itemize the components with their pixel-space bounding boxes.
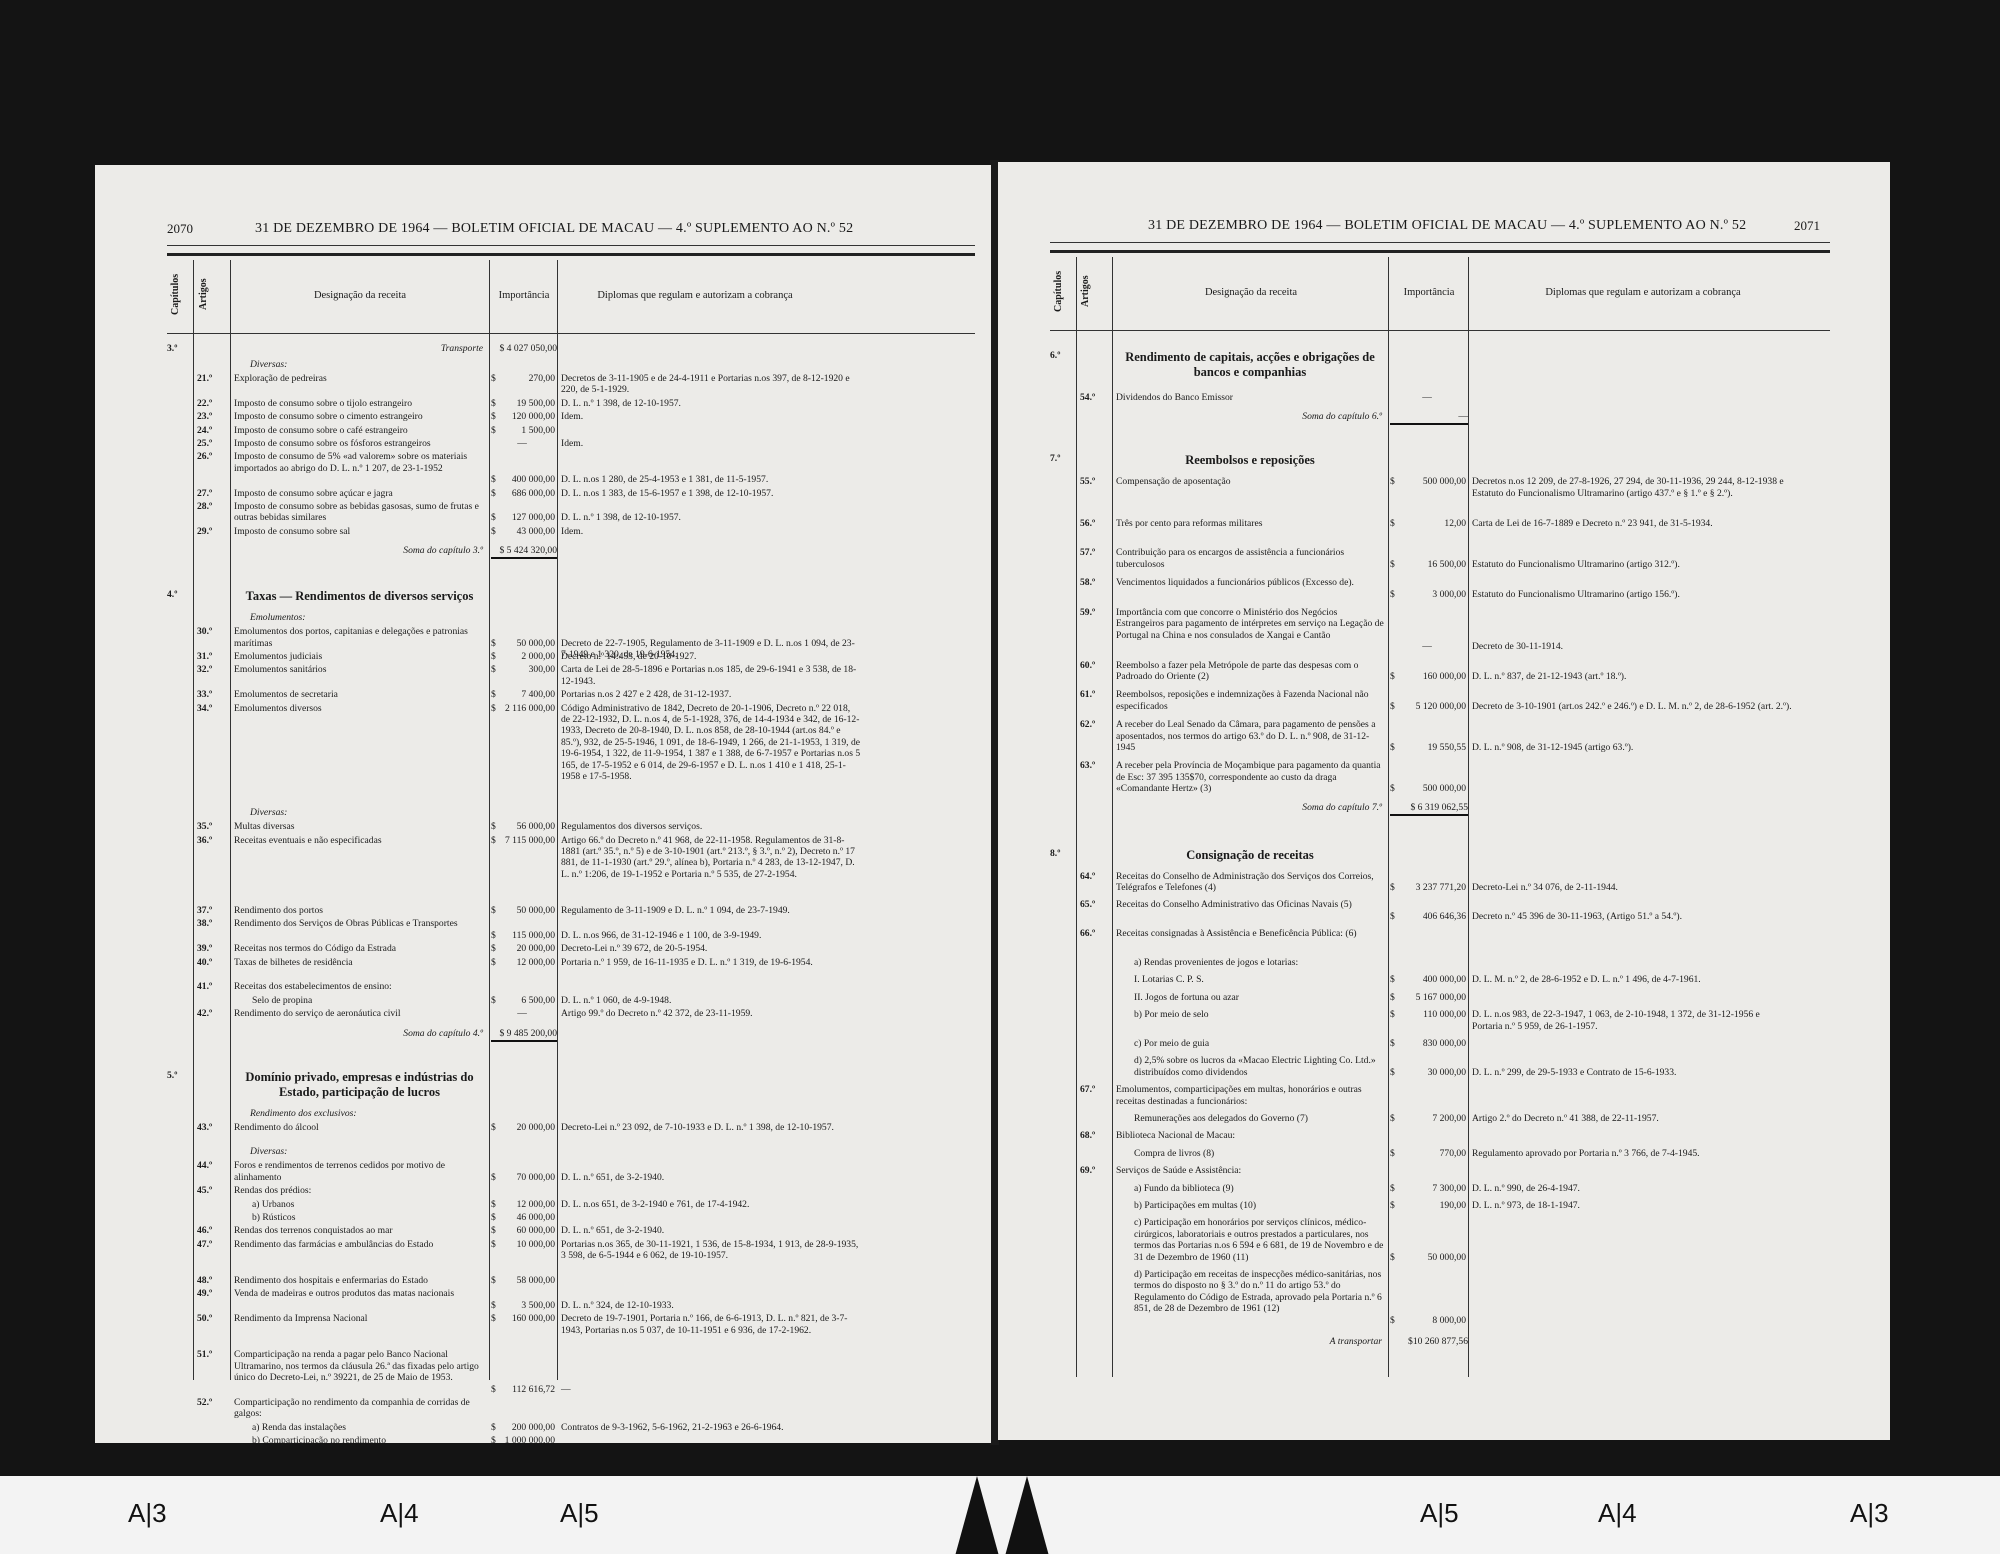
amount: 2 000,00: [489, 651, 555, 662]
amount: —: [489, 438, 555, 449]
chapter-sum-value: $ 5 424 320,00: [489, 545, 557, 556]
revenue-description: d) Participação em receitas de inspecçõe…: [1134, 1269, 1384, 1315]
revenue-description: Receitas eventuais e não especificadas: [234, 835, 485, 846]
revenue-description: Receitas nos termos do Código da Estrada: [234, 943, 485, 954]
amount: 686 000,00: [489, 488, 555, 499]
article-number: 39.º: [197, 943, 212, 954]
column-header-designacao: Designação da receita: [235, 290, 485, 301]
legal-reference: Portarias n.os 2 427 e 2 428, de 31-12-1…: [561, 689, 861, 700]
chapter-number: 4.º: [167, 589, 177, 600]
amount: 270,00: [489, 373, 555, 384]
amount: 7 115 000,00: [489, 835, 555, 846]
subheading: Diversas:: [250, 1146, 287, 1157]
legal-reference: D. L. n.os 1 383, de 15-6-1957 e 1 398, …: [561, 488, 861, 499]
chapter-sum-label: Soma do capítulo 4.º: [230, 1028, 483, 1039]
revenue-description: b) Por meio de selo: [1134, 1009, 1384, 1020]
legal-reference: Portarias n.os 365, de 30-11-1921, 1 536…: [561, 1239, 861, 1262]
legal-reference: Decreto-Lei n.º 34 076, de 2-11-1944.: [1472, 882, 1792, 893]
section-title: Domínio privado, empresas e indústrias d…: [230, 1070, 489, 1100]
revenue-description: a) Renda das instalações: [252, 1422, 485, 1433]
revenue-description: c) Participação em honorários por serviç…: [1134, 1217, 1384, 1263]
amount: 8 000,00: [1388, 1315, 1466, 1326]
legal-reference: D. L. M. n.º 2, de 28-6-1952 e D. L. n.º…: [1472, 974, 1792, 985]
article-number: 35.º: [197, 821, 212, 832]
revenue-description: b) Rústicos: [252, 1212, 485, 1223]
article-number: 55.º: [1080, 476, 1095, 487]
article-number: 49.º: [197, 1288, 212, 1299]
article-number: 29.º: [197, 526, 212, 537]
legal-reference: D. L. n.os 966, de 31-12-1946 e 1 100, d…: [561, 930, 861, 941]
article-number: 36.º: [197, 835, 212, 846]
article-number: 28.º: [197, 501, 212, 512]
revenue-description: Contribuição para os encargos de assistê…: [1116, 547, 1384, 570]
legal-reference: D. L. n.º 837, de 21-12-1943 (art.º 18.º…: [1472, 671, 1792, 682]
revenue-description: Imposto de consumo sobre o café estrange…: [234, 425, 485, 436]
revenue-description: Reembolsos, reposições e indemnizações à…: [1116, 689, 1384, 712]
revenue-description: Imposto de consumo sobre o cimento estra…: [234, 411, 485, 422]
article-number: 42.º: [197, 1008, 212, 1019]
legal-reference: Decretos n.os 12 209, de 27-8-1926, 27 2…: [1472, 476, 1792, 499]
revenue-description: Imposto de consumo sobre os fósforos est…: [234, 438, 485, 449]
amount: 406 646,36: [1388, 911, 1466, 922]
article-number: 41.º: [197, 981, 212, 992]
film-strip-markers: A|3 A|4 A|5 A|5 A|4 A|3: [0, 1476, 2000, 1554]
column-header-importancia: Importância: [1390, 287, 1468, 298]
revenue-description: Rendimento das farmácias e ambulâncias d…: [234, 1239, 485, 1250]
page-number: 2071: [1794, 218, 1820, 234]
article-number: 65.º: [1080, 899, 1095, 910]
legal-reference: D. L. n.º 1 398, de 12-10-1957.: [561, 398, 861, 409]
section-title: Taxas — Rendimentos de diversos serviços: [230, 589, 489, 604]
divider: [167, 253, 975, 256]
article-number: 63.º: [1080, 760, 1095, 771]
divider: [1050, 330, 1830, 331]
amount: 300,00: [489, 664, 555, 675]
amount: 500 000,00: [1388, 783, 1466, 794]
amount: 112 616,72: [489, 1384, 555, 1395]
revenue-description: A receber do Leal Senado da Câmara, para…: [1116, 719, 1384, 753]
revenue-description: Comparticipação na renda a pagar pelo Ba…: [234, 1349, 485, 1383]
legal-reference: Decreto n.º 14:453, de 20-10-1927.: [561, 651, 861, 662]
legal-reference: Decreto n.º 45 396 de 30-11-1963, (Artig…: [1472, 911, 1792, 922]
chapter-sum-value: —: [1388, 411, 1468, 422]
revenue-description: Selo de propina: [252, 995, 485, 1006]
article-number: 34.º: [197, 703, 212, 714]
amount: 190,00: [1388, 1200, 1466, 1211]
article-number: 31.º: [197, 651, 212, 662]
revenue-description: Exploração de pedreiras: [234, 373, 485, 384]
revenue-description: Imposto de consumo sobre o tijolo estran…: [234, 398, 485, 409]
amount: 1 000 000,00: [489, 1435, 555, 1443]
revenue-description: Imposto de consumo sobre açúcar e jagra: [234, 488, 485, 499]
revenue-description: Imposto de consumo sobre sal: [234, 526, 485, 537]
revenue-description: d) 2,5% sobre os lucros da «Macao Electr…: [1134, 1055, 1384, 1078]
amount: 60 000,00: [489, 1225, 555, 1236]
column-header-diplomas: Diplomas que regulam e autorizam a cobra…: [1473, 287, 1813, 298]
legal-reference: Artigo 2.º do Decreto n.º 41 388, de 22-…: [1472, 1113, 1792, 1124]
revenue-description: II. Jogos de fortuna ou azar: [1134, 992, 1384, 1003]
amount: 830 000,00: [1388, 1038, 1466, 1049]
article-number: 43.º: [197, 1122, 212, 1133]
revenue-description: Dividendos do Banco Emissor: [1116, 392, 1384, 403]
revenue-description: Comparticipação no rendimento da companh…: [234, 1397, 485, 1420]
amount: 43 000,00: [489, 526, 555, 537]
legal-reference: Portaria n.º 1 959, de 16-11-1935 e D. L…: [561, 957, 861, 968]
amount: 3 237 771,20: [1388, 882, 1466, 893]
chapter-number: 3.º: [167, 343, 177, 354]
article-number: 61.º: [1080, 689, 1095, 700]
film-marker: A|3: [128, 1498, 167, 1529]
right-page: 31 DE DEZEMBRO DE 1964 — BOLETIM OFICIAL…: [998, 162, 1890, 1440]
amount: 20 000,00: [489, 943, 555, 954]
legal-reference: Artigo 99.º do Decreto n.º 42 372, de 23…: [561, 1008, 861, 1019]
chapter-number: 7.º: [1050, 453, 1060, 464]
revenue-description: b) Participações em multas (10): [1134, 1200, 1384, 1211]
divider: [167, 245, 975, 246]
legal-reference: D. L. n.º 1 060, de 4-9-1948.: [561, 995, 861, 1006]
amount: 3 500,00: [489, 1300, 555, 1311]
revenue-description: Emolumentos judiciais: [234, 651, 485, 662]
amount: 3 000,00: [1388, 589, 1466, 600]
amount: 46 000,00: [489, 1212, 555, 1223]
amount: 19 550,55: [1388, 742, 1466, 753]
double-underline: [1390, 814, 1468, 816]
revenue-description: Taxas de bilhetes de residência: [234, 957, 485, 968]
amount: 127 000,00: [489, 512, 555, 523]
double-underline: [491, 1040, 557, 1042]
chapter-sum-label: Soma do capítulo 6.º: [1112, 411, 1382, 422]
revenue-description: a) Rendas provenientes de jogos e lotari…: [1134, 957, 1384, 968]
chapter-number: 8.º: [1050, 848, 1060, 859]
legal-reference: —: [561, 1384, 861, 1395]
amount: 7 400,00: [489, 689, 555, 700]
amount: 20 000,00: [489, 1122, 555, 1133]
subheading: Diversas:: [250, 807, 287, 818]
revenue-description: Rendimento dos hospitais e enfermarias d…: [234, 1275, 485, 1286]
revenue-description: I. Lotarias C. P. S.: [1134, 974, 1384, 985]
amount: 30 000,00: [1388, 1067, 1466, 1078]
revenue-description: Receitas consignadas à Assistência e Ben…: [1116, 928, 1384, 939]
column-header-importancia: Importância: [491, 290, 557, 301]
legal-reference: Carta de Lei de 16-7-1889 e Decreto n.º …: [1472, 518, 1792, 529]
revenue-description: Receitas dos estabelecimentos de ensino:: [234, 981, 485, 992]
legal-reference: Regulamentos dos diversos serviços.: [561, 821, 861, 832]
legal-reference: D. L. n.º 908, de 31-12-1945 (artigo 63.…: [1472, 742, 1792, 753]
revenue-description: Compensação de aposentação: [1116, 476, 1384, 487]
amount: 7 200,00: [1388, 1113, 1466, 1124]
legal-reference: D. L. n.º 651, de 3-2-1940.: [561, 1225, 861, 1236]
article-number: 58.º: [1080, 577, 1095, 588]
revenue-description: Remunerações aos delegados do Governo (7…: [1134, 1113, 1384, 1124]
chapter-sum-value: $ 9 485 200,00: [489, 1028, 557, 1039]
amount: 400 000,00: [1388, 974, 1466, 985]
article-number: 69.º: [1080, 1165, 1095, 1176]
legal-reference: Artigo 66.º do Decreto n.º 41 968, de 22…: [561, 835, 861, 881]
amount: 16 500,00: [1388, 559, 1466, 570]
revenue-description: Foros e rendimentos de terrenos cedidos …: [234, 1160, 485, 1183]
revenue-table-left: 3.ºTransporte$ 4 027 050,00Diversas:21.º…: [167, 337, 975, 1437]
running-head: 31 DE DEZEMBRO DE 1964 — BOLETIM OFICIAL…: [1148, 218, 1746, 234]
legal-reference: Decreto-Lei n.º 23 092, de 7-10-1933 e D…: [561, 1122, 861, 1133]
film-marker: A|5: [1420, 1498, 1459, 1529]
revenue-description: A receber pela Província de Moçambique p…: [1116, 760, 1384, 794]
amount: 12,00: [1388, 518, 1466, 529]
article-number: 45.º: [197, 1185, 212, 1196]
column-header-diplomas: Diplomas que regulam e autorizam a cobra…: [560, 290, 830, 301]
article-number: 30.º: [197, 626, 212, 637]
column-header-designacao: Designação da receita: [1116, 287, 1386, 298]
amount: 1 500,00: [489, 425, 555, 436]
amount: 5 167 000,00: [1388, 992, 1466, 1003]
article-number: 47.º: [197, 1239, 212, 1250]
revenue-description: Emolumentos diversos: [234, 703, 485, 714]
revenue-description: Reembolso a fazer pela Metrópole de part…: [1116, 660, 1384, 683]
amount: 56 000,00: [489, 821, 555, 832]
column-header-capitulos: Capítulos: [1053, 271, 1064, 312]
amount: 70 000,00: [489, 1172, 555, 1183]
chapter-number: 5.º: [167, 1070, 177, 1081]
article-number: 22.º: [197, 398, 212, 409]
amount: 500 000,00: [1388, 476, 1466, 487]
chapter-sum-value: $ 6 319 062,55: [1388, 802, 1468, 813]
fold-mark: [955, 1476, 999, 1554]
running-head: 31 DE DEZEMBRO DE 1964 — BOLETIM OFICIAL…: [255, 221, 853, 237]
subheading: Emolumentos:: [250, 612, 305, 623]
legal-reference: D. L. n.º 990, de 26-4-1947.: [1472, 1183, 1792, 1194]
revenue-description: Importância com que concorre o Ministéri…: [1116, 607, 1384, 641]
amount: 120 000,00: [489, 411, 555, 422]
article-number: 25.º: [197, 438, 212, 449]
film-marker: A|3: [1850, 1498, 1889, 1529]
transport-value: $10 260 877,56: [1388, 1336, 1468, 1347]
page-number: 2070: [167, 221, 193, 237]
left-page: 2070 31 DE DEZEMBRO DE 1964 — BOLETIM OF…: [95, 165, 991, 1443]
revenue-description: Vencimentos liquidados a funcionários pú…: [1116, 577, 1384, 588]
revenue-description: Receitas do Conselho Administrativo das …: [1116, 899, 1384, 910]
article-number: 24.º: [197, 425, 212, 436]
revenue-description: b) Comparticipação no rendimento: [252, 1435, 485, 1443]
section-title: Rendimento de capitais, acções e obrigaç…: [1112, 350, 1388, 380]
article-number: 37.º: [197, 905, 212, 916]
divider: [167, 333, 975, 334]
article-number: 56.º: [1080, 518, 1095, 529]
article-number: 33.º: [197, 689, 212, 700]
legal-reference: D. L. n.º 651, de 3-2-1940.: [561, 1172, 861, 1183]
amount: 50 000,00: [1388, 1252, 1466, 1263]
legal-reference: Idem.: [561, 526, 861, 537]
chapter-number: 6.º: [1050, 350, 1060, 361]
article-number: 52.º: [197, 1397, 212, 1408]
legal-reference: Decreto-Lei n.º 39 672, de 20-5-1954.: [561, 943, 861, 954]
revenue-description: Emolumentos, comparticipações em multas,…: [1116, 1084, 1384, 1107]
legal-reference: D. L. n.º 1 398, de 12-10-1957.: [561, 512, 861, 523]
legal-reference: D. L. n.os 1 280, de 25-4-1953 e 1 381, …: [561, 474, 861, 485]
amount: 10 000,00: [489, 1239, 555, 1250]
amount: 2 116 000,00: [489, 703, 555, 714]
legal-reference: Decreto de 19-7-1901, Portaria n.º 166, …: [561, 1313, 861, 1336]
amount: —: [1388, 392, 1466, 403]
amount: 50 000,00: [489, 905, 555, 916]
revenue-description: a) Urbanos: [252, 1199, 485, 1210]
revenue-description: a) Fundo da biblioteca (9): [1134, 1183, 1384, 1194]
amount: 400 000,00: [489, 474, 555, 485]
transport-label: Transporte: [230, 343, 483, 354]
article-number: 51.º: [197, 1349, 212, 1360]
divider: [1050, 250, 1830, 253]
amount: 160 000,00: [1388, 671, 1466, 682]
article-number: 66.º: [1080, 928, 1095, 939]
revenue-description: Rendas dos prédios:: [234, 1185, 485, 1196]
legal-reference: Decreto de 30-11-1914.: [1472, 641, 1792, 652]
revenue-description: Serviços de Saúde e Assistência:: [1116, 1165, 1384, 1176]
revenue-description: Receitas do Conselho de Administração do…: [1116, 871, 1384, 894]
article-number: 60.º: [1080, 660, 1095, 671]
column-header-artigos: Artigos: [1080, 275, 1091, 307]
revenue-description: Compra de livros (8): [1134, 1148, 1384, 1159]
revenue-description: Emolumentos de secretaria: [234, 689, 485, 700]
amount: —: [489, 1008, 555, 1019]
amount: 5 120 000,00: [1388, 701, 1466, 712]
transport-label: A transportar: [1112, 1336, 1382, 1347]
legal-reference: D. L. n.os 983, de 22-3-1947, 1 063, de …: [1472, 1009, 1792, 1032]
article-number: 67.º: [1080, 1084, 1095, 1095]
legal-reference: Idem.: [561, 438, 861, 449]
article-number: 27.º: [197, 488, 212, 499]
legal-reference: Estatuto do Funcionalismo Ultramarino (a…: [1472, 559, 1792, 570]
amount: 58 000,00: [489, 1275, 555, 1286]
legal-reference: Carta de Lei de 28-5-1896 e Portarias n.…: [561, 664, 861, 687]
amount: 115 000,00: [489, 930, 555, 941]
article-number: 21.º: [197, 373, 212, 384]
article-number: 68.º: [1080, 1130, 1095, 1141]
legal-reference: Contratos de 9-3-1962, 5-6-1962, 21-2-19…: [561, 1422, 861, 1433]
legal-reference: D. L. n.º 973, de 18-1-1947.: [1472, 1200, 1792, 1211]
article-number: 40.º: [197, 957, 212, 968]
article-number: 26.º: [197, 451, 212, 462]
amount: 200 000,00: [489, 1422, 555, 1433]
legal-reference: Código Administrativo de 1842, Decreto d…: [561, 703, 861, 783]
amount: 7 300,00: [1388, 1183, 1466, 1194]
article-number: 32.º: [197, 664, 212, 675]
revenue-description: Emolumentos sanitários: [234, 664, 485, 675]
article-number: 57.º: [1080, 547, 1095, 558]
column-header-artigos: Artigos: [198, 278, 209, 310]
section-title: Reembolsos e reposições: [1112, 453, 1388, 468]
legal-reference: D. L. n.os 651, de 3-2-1940 e 761, de 17…: [561, 1199, 861, 1210]
article-number: 23.º: [197, 411, 212, 422]
article-number: 59.º: [1080, 607, 1095, 618]
legal-reference: Decreto de 3-10-1901 (art.os 242.º e 246…: [1472, 701, 1792, 712]
revenue-description: Rendimento do álcool: [234, 1122, 485, 1133]
revenue-description: Biblioteca Nacional de Macau:: [1116, 1130, 1384, 1141]
legal-reference: D. L. n.º 324, de 12-10-1933.: [561, 1300, 861, 1311]
revenue-description: Três por cento para reformas militares: [1116, 518, 1384, 529]
revenue-table-right: 6.ºRendimento de capitais, acções e obri…: [1050, 334, 1830, 1434]
amount: 110 000,00: [1388, 1009, 1466, 1020]
fold-mark: [1005, 1476, 1049, 1554]
amount: 50 000,00: [489, 638, 555, 649]
double-underline: [1390, 423, 1468, 425]
article-number: 38.º: [197, 918, 212, 929]
revenue-description: Rendimento dos portos: [234, 905, 485, 916]
article-number: 48.º: [197, 1275, 212, 1286]
subheading: Rendimento dos exclusivos:: [250, 1108, 357, 1119]
article-number: 62.º: [1080, 719, 1095, 730]
article-number: 46.º: [197, 1225, 212, 1236]
amount: 19 500,00: [489, 398, 555, 409]
revenue-description: Multas diversas: [234, 821, 485, 832]
article-number: 64.º: [1080, 871, 1095, 882]
subheading: Diversas:: [250, 359, 287, 370]
chapter-sum-label: Soma do capítulo 7.º: [1112, 802, 1382, 813]
legal-reference: Regulamento aprovado por Portaria n.º 3 …: [1472, 1148, 1792, 1159]
double-underline: [491, 557, 557, 559]
amount: 160 000,00: [489, 1313, 555, 1324]
revenue-description: Rendas dos terrenos conquistados ao mar: [234, 1225, 485, 1236]
chapter-sum-label: Soma do capítulo 3.º: [230, 545, 483, 556]
amount: —: [1388, 641, 1466, 652]
amount: 6 500,00: [489, 995, 555, 1006]
section-title: Consignação de receitas: [1112, 848, 1388, 863]
revenue-description: Rendimento do serviço de aeronáutica civ…: [234, 1008, 485, 1019]
column-header-capitulos: Capítulos: [170, 274, 181, 315]
revenue-description: Rendimento da Imprensa Nacional: [234, 1313, 485, 1324]
revenue-description: c) Por meio de guia: [1134, 1038, 1384, 1049]
revenue-description: Imposto de consumo de 5% «ad valorem» so…: [234, 451, 485, 474]
amount: 12 000,00: [489, 1199, 555, 1210]
legal-reference: Estatuto do Funcionalismo Ultramarino (a…: [1472, 589, 1792, 600]
film-marker: A|4: [1598, 1498, 1637, 1529]
film-marker: A|5: [560, 1498, 599, 1529]
legal-reference: Idem.: [561, 411, 861, 422]
revenue-description: Imposto de consumo sobre as bebidas gaso…: [234, 501, 485, 524]
film-marker: A|4: [380, 1498, 419, 1529]
legal-reference: Decretos de 3-11-1905 e de 24-4-1911 e P…: [561, 373, 861, 396]
legal-reference: Regulamento de 3-11-1909 e D. L. n.º 1 0…: [561, 905, 861, 916]
revenue-description: Venda de madeiras e outros produtos das …: [234, 1288, 485, 1299]
amount: 770,00: [1388, 1148, 1466, 1159]
article-number: 54.º: [1080, 392, 1095, 403]
revenue-description: Rendimento dos Serviços de Obras Pública…: [234, 918, 485, 929]
revenue-description: Emolumentos dos portos, capitanias e del…: [234, 626, 485, 649]
article-number: 44.º: [197, 1160, 212, 1171]
transport-value: $ 4 027 050,00: [489, 343, 557, 354]
amount: 12 000,00: [489, 957, 555, 968]
legal-reference: D. L. n.º 299, de 29-5-1933 e Contrato d…: [1472, 1067, 1792, 1078]
article-number: 50.º: [197, 1313, 212, 1324]
divider: [1050, 242, 1830, 243]
